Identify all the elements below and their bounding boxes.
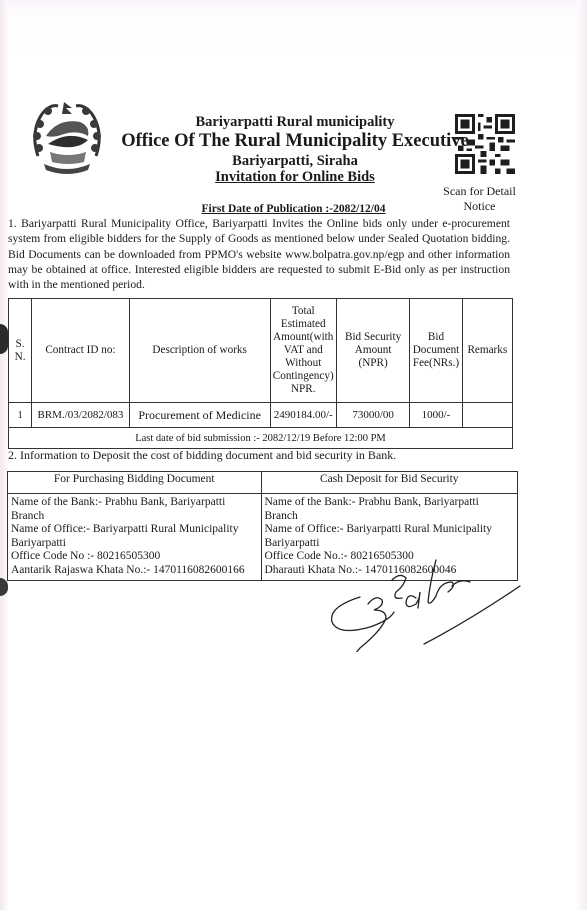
bank-name: Name of the Bank:- Prabhu Bank, Bariyarp… bbox=[11, 496, 258, 523]
header-cash-deposit: Cash Deposit for Bid Security bbox=[261, 472, 518, 494]
header-contract-id: Contract ID no: bbox=[32, 299, 130, 403]
header-estimated-amount: Total Estimated Amount(with VAT and With… bbox=[270, 299, 336, 403]
document-title: Invitation for Online Bids bbox=[130, 169, 460, 186]
header-bid-security: Bid Security Amount (NPR) bbox=[336, 299, 409, 403]
office-name: Name of Office:- Bariyarpatti Rural Muni… bbox=[265, 523, 515, 550]
bid-table-header: S. N. Contract ID no: Description of wor… bbox=[9, 299, 513, 403]
page-edge-right bbox=[577, 0, 587, 910]
cell-remarks bbox=[462, 403, 512, 428]
header-sn: S. N. bbox=[9, 299, 32, 403]
deposit-table-header: For Purchasing Bidding Document Cash Dep… bbox=[8, 472, 518, 494]
table-row: 1 BRM./03/2082/083 Procurement of Medici… bbox=[9, 403, 513, 428]
location: Bariyarpatti, Siraha bbox=[130, 153, 460, 170]
cell-estimated-amount: 2490184.00/- bbox=[270, 403, 336, 428]
cell-description: Procurement of Medicine bbox=[129, 403, 270, 428]
bid-table: S. N. Contract ID no: Description of wor… bbox=[8, 298, 513, 449]
purchasing-document-details: Name of the Bank:- Prabhu Bank, Bariyarp… bbox=[8, 494, 262, 581]
handwritten-signature-icon bbox=[320, 552, 550, 652]
header-document-fee: Bid Document Fee(NRs.) bbox=[410, 299, 462, 403]
deposit-intro: 2. Information to Deposit the cost of bi… bbox=[8, 448, 396, 463]
intro-paragraph: 1. Bariyarpatti Rural Municipality Offic… bbox=[8, 216, 510, 292]
office-code: Office Code No :- 80216505300 bbox=[11, 550, 258, 564]
cell-bid-security: 73000/00 bbox=[336, 403, 409, 428]
office-name: Office Of The Rural Municipality Executi… bbox=[120, 131, 470, 152]
cell-document-fee: 1000/- bbox=[410, 403, 462, 428]
account-number: Aantarik Rajaswa Khata No.:- 14701160826… bbox=[11, 564, 258, 578]
nepal-government-emblem-icon bbox=[28, 96, 106, 178]
last-date-row: Last date of bid submission :- 2082/12/1… bbox=[9, 428, 513, 449]
header-description: Description of works bbox=[129, 299, 270, 403]
bank-name: Name of the Bank:- Prabhu Bank, Bariyarp… bbox=[265, 496, 515, 523]
page-edge-left bbox=[0, 0, 8, 910]
office-name: Name of Office:- Bariyarpatti Rural Muni… bbox=[11, 523, 258, 550]
qr-code-icon[interactable] bbox=[455, 113, 515, 175]
cell-sn: 1 bbox=[9, 403, 32, 428]
last-date-cell: Last date of bid submission :- 2082/12/1… bbox=[9, 428, 513, 449]
municipality-name: Bariyarpatti Rural municipality bbox=[130, 114, 460, 131]
binder-hole-top bbox=[0, 324, 8, 354]
header-remarks: Remarks bbox=[462, 299, 512, 403]
cell-contract-id: BRM./03/2082/083 bbox=[32, 403, 130, 428]
header-purchasing-document: For Purchasing Bidding Document bbox=[8, 472, 262, 494]
publication-date: First Date of Publication :-2082/12/04 bbox=[0, 203, 587, 215]
